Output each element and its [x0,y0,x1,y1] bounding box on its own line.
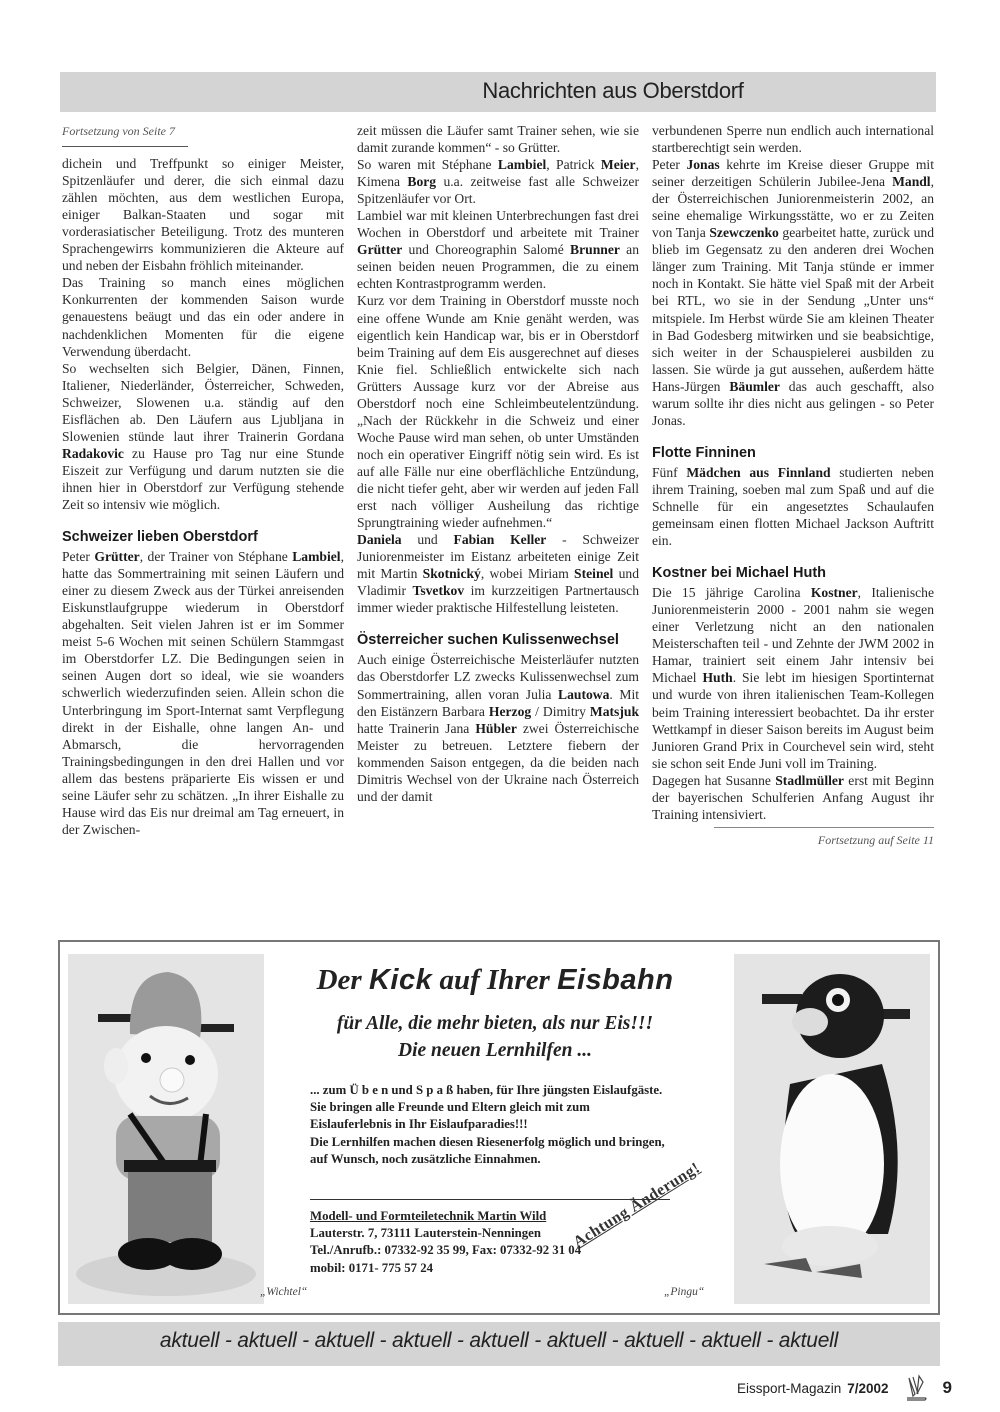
subheading-oesterreicher: Österreicher suchen Kulissenwechsel [357,632,639,649]
penguin-figure-icon [734,954,930,1304]
caption-wichtel: „Wichtel“ [260,1286,307,1298]
skater-logo-icon [903,1374,929,1402]
paragraph: Lambiel war mit kleinen Unterbrechungen … [357,207,639,292]
address: Lauterstr. 7, 73111 Lauterstein-Nenninge… [310,1225,690,1242]
continued-on-note: Fortsetzung auf Seite 11 [652,827,934,849]
page-number: 9 [943,1378,952,1398]
subheading-schweizer: Schweizer lieben Oberstdorf [62,529,344,546]
divider [714,827,934,828]
pingu-photo [734,954,930,1304]
mobile: mobil: 0171- 775 57 24 [310,1260,690,1277]
advertisement: Der Kick auf Ihrer Eisbahn für Alle, die… [58,940,940,1315]
issue-number: 7/2002 [847,1381,888,1396]
paragraph: Kurz vor dem Training in Oberstdorf muss… [357,292,639,531]
aktuell-banner: aktuell - aktuell - aktuell - aktuell - … [58,1322,940,1366]
paragraph: So waren mit Stéphane Lambiel, Patrick M… [357,156,639,207]
paragraph: Fünf Mädchen aus Finnland studierten neb… [652,464,934,549]
article-column-3: verbundenen Sperre nun endlich auch inte… [652,122,934,849]
phone: Tel./Anrufb.: 07332-92 35 99, Fax: 07332… [310,1242,690,1259]
paragraph: Die 15 jährige Carolina Kostner, Italien… [652,584,934,772]
paragraph: Peter Jonas kehrte im Kreise dieser Grup… [652,156,934,429]
magazine-name: Eissport-Magazin [737,1381,841,1396]
banner-text: aktuell - aktuell - aktuell - aktuell - … [58,1329,940,1353]
paragraph: So wechselten sich Belgier, Dänen, Finne… [62,360,344,513]
caption-pingu: „Pingu“ [664,1286,704,1298]
divider [310,1199,670,1200]
section-header: Nachrichten aus Oberstdorf [60,72,936,112]
paragraph: Peter Grütter, der Trainer von Stéphane … [62,548,344,838]
ad-subheadline: für Alle, die mehr bieten, als nur Eis!!… [275,1010,715,1064]
wichtel-photo [68,954,264,1304]
article-column-1: Fortsetzung von Seite 7 dichein und Tref… [62,122,344,838]
paragraph: Das Training so manch eines möglichen Ko… [62,274,344,359]
paragraph: Auch einige Österreichische Meisterläufe… [357,651,639,804]
ad-body-text: ... zum Ü b e n und S p a ß haben, für I… [310,1082,670,1168]
subheading-kostner: Kostner bei Michael Huth [652,565,934,582]
paragraph: verbundenen Sperre nun endlich auch inte… [652,122,934,156]
page-footer: Eissport-Magazin 7/2002 9 [737,1374,952,1402]
wichtel-figure-icon [68,954,264,1304]
continued-from-note: Fortsetzung von Seite 7 [62,123,175,144]
divider [62,146,188,147]
ad-headline: Der Kick auf Ihrer Eisbahn [275,964,715,997]
paragraph: Dagegen hat Susanne Stadlmüller erst mit… [652,772,934,823]
paragraph: dichein und Treffpunkt so einiger Meiste… [62,155,344,274]
paragraph: zeit müssen die Läufer samt Trainer sehe… [357,122,639,156]
paragraph: Daniela und Fabian Keller - Schweizer Ju… [357,531,639,616]
subheading-finninen: Flotte Finninen [652,445,934,462]
section-title: Nachrichten aus Oberstdorf [60,78,936,104]
article-column-2: zeit müssen die Läufer samt Trainer sehe… [357,122,639,805]
